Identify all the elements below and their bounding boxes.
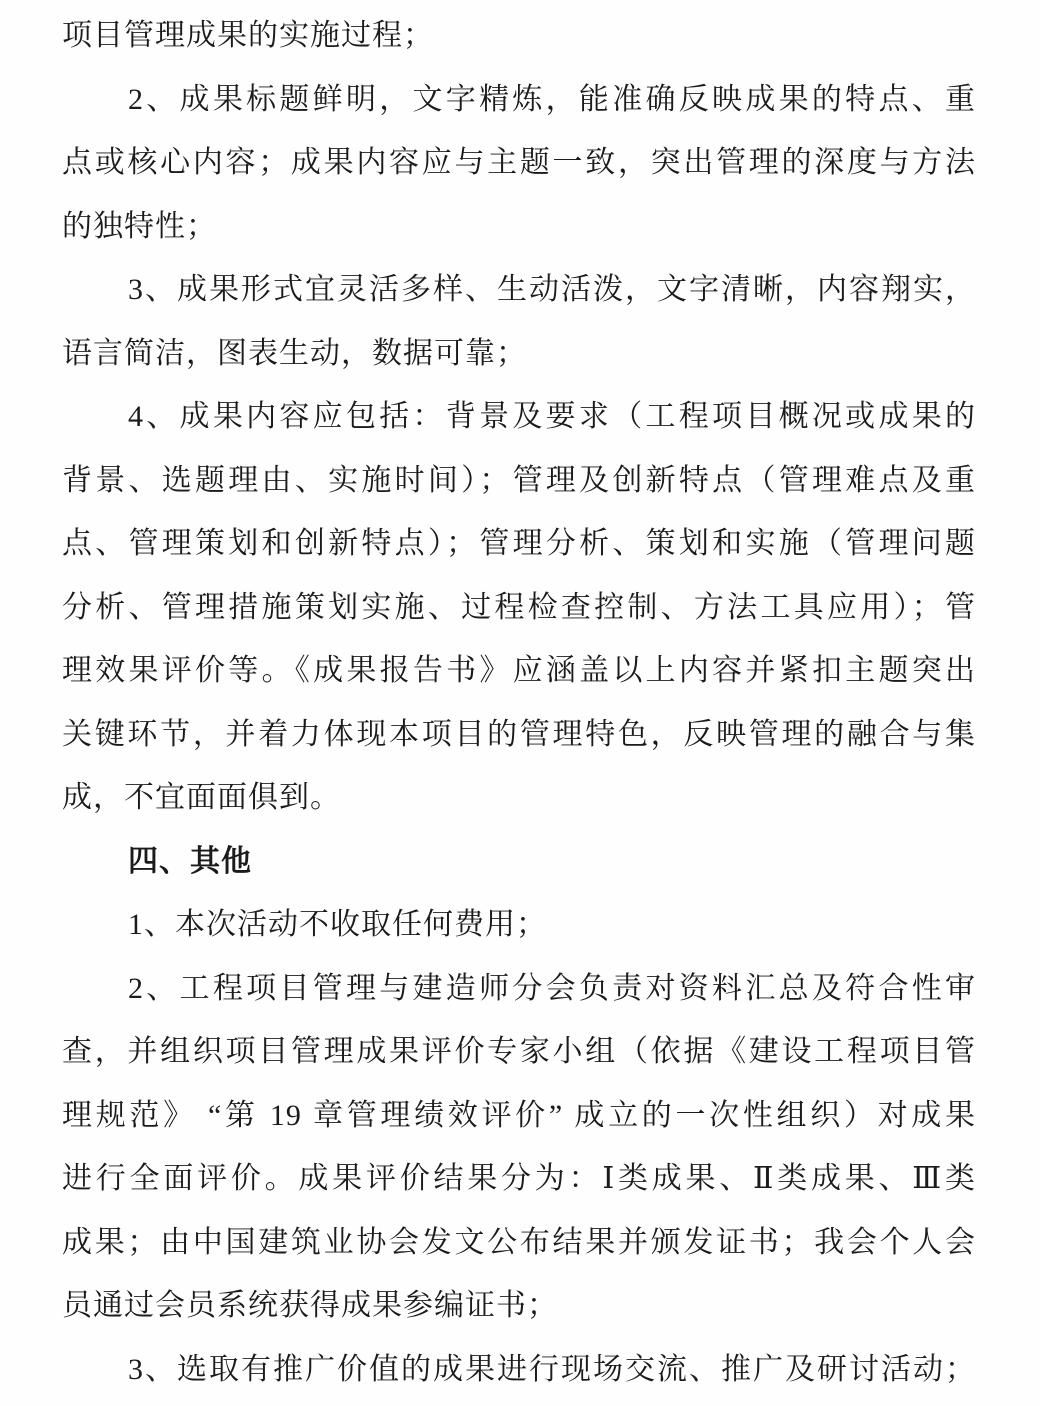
doc-line: 分析、管理措施策划实施、过程检查控制、方法工具应用）；管 <box>62 576 976 640</box>
numbered-item: 2、工程项目管理与建造师分会负责对资料汇总及符合性审 <box>62 957 976 1021</box>
doc-line: 点、管理策划和创新特点）；管理分析、策划和实施（管理问题 <box>62 512 976 576</box>
doc-line: 成，不宜面面俱到。 <box>62 766 976 830</box>
numbered-item: 1、本次活动不收取任何费用； <box>62 893 976 957</box>
numbered-item: 4、成果内容应包括：背景及要求（工程项目概况或成果的 <box>62 385 976 449</box>
doc-line: 成果；由中国建筑业协会发文公布结果并颁发证书；我会个人会 <box>62 1211 976 1275</box>
section-heading: 四、其他 <box>62 830 976 894</box>
doc-line: 进行全面评价。成果评价结果分为：Ⅰ类成果、Ⅱ类成果、Ⅲ类 <box>62 1147 976 1211</box>
doc-line: 语言简洁，图表生动，数据可靠； <box>62 322 976 386</box>
doc-line: 点或核心内容；成果内容应与主题一致，突出管理的深度与方法 <box>62 131 976 195</box>
doc-line: 理规范》 “第 19 章管理绩效评价” 成立的一次性组织）对成果 <box>62 1084 976 1148</box>
doc-line: 背景、选题理由、实施时间）；管理及创新特点（管理难点及重 <box>62 449 976 513</box>
doc-line: 员通过会员系统获得成果参编证书； <box>62 1274 976 1338</box>
doc-line: 理效果评价等。《成果报告书》应涵盖以上内容并紧扣主题突出 <box>62 639 976 703</box>
doc-line: 的独特性； <box>62 195 976 259</box>
numbered-item: 2、成果标题鲜明，文字精炼，能准确反映成果的特点、重 <box>62 68 976 132</box>
doc-line: 查，并组织项目管理成果评价专家小组（依据《建设工程项目管 <box>62 1020 976 1084</box>
numbered-item: 3、选取有推广价值的成果进行现场交流、推广及研讨活动； <box>62 1338 976 1402</box>
numbered-item: 3、成果形式宜灵活多样、生动活泼，文字清晰，内容翔实， <box>62 258 976 322</box>
doc-line: 项目管理成果的实施过程； <box>62 4 976 68</box>
doc-line: 关键环节，并着力体现本项目的管理特色，反映管理的融合与集 <box>62 703 976 767</box>
document-page: 项目管理成果的实施过程； 2、成果标题鲜明，文字精炼，能准确反映成果的特点、重 … <box>0 0 1040 1406</box>
